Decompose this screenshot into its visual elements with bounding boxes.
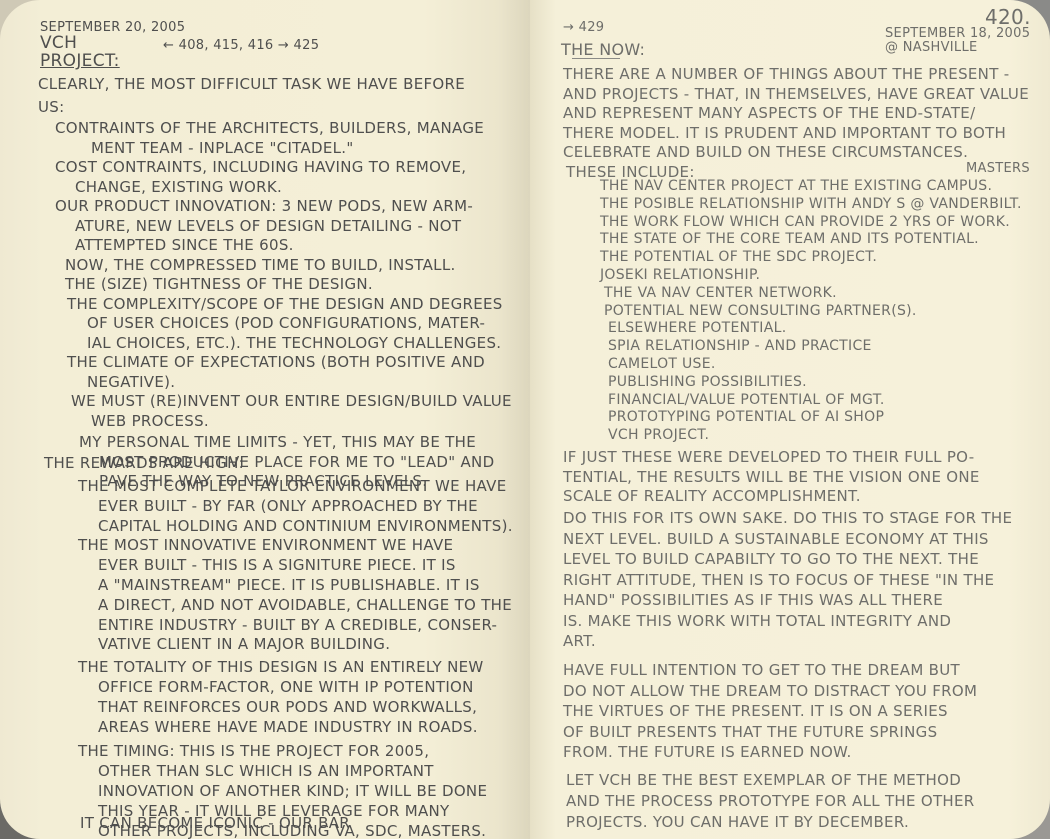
challenge-item: THE COMPLEXITY/SCOPE OF THE DESIGN AND D… xyxy=(67,295,512,354)
challenge-item: THE CLIMATE OF EXPECTATIONS (BOTH POSITI… xyxy=(67,353,512,392)
rewards-heading: THE REWARDS ARE HIGH: xyxy=(44,452,244,475)
paragraph-dream: HAVE FULL INTENTION TO GET TO THE DREAM … xyxy=(563,660,977,763)
notebook-spread: SEPTEMBER 20, 2005 VCH ← 408, 415, 416 →… xyxy=(0,0,1050,839)
cross-reference: → 429 xyxy=(563,20,604,35)
challenge-item: CONTRAINTS OF THE ARCHITECTS, BUILDERS, … xyxy=(55,119,512,158)
these-include-list: THE NAV CENTER PROJECT AT THE EXISTING C… xyxy=(600,178,1022,445)
list-item: PROTOTYPING POTENTIAL OF AI SHOP xyxy=(600,409,1022,427)
left-page: SEPTEMBER 20, 2005 VCH ← 408, 415, 416 →… xyxy=(0,0,530,839)
paragraph-full-potential: IF JUST THESE WERE DEVELOPED TO THEIR FU… xyxy=(563,448,980,507)
reward-item: THE MOST INNOVATIVE ENVIRONMENT WE HAVE … xyxy=(78,536,513,655)
insert-note: MASTERS xyxy=(966,161,1030,176)
rewards-list: THE MOST COMPLETE TAYLOR ENVIRONMENT WE … xyxy=(78,477,513,839)
list-item: THE WORK FLOW WHICH CAN PROVIDE 2 YRS OF… xyxy=(600,214,1022,232)
list-item: PUBLISHING POSSIBILITIES. xyxy=(600,374,1022,392)
list-item: ELSEWHERE POTENTIAL. xyxy=(600,320,1022,338)
paragraph-do-this: DO THIS FOR ITS OWN SAKE. DO THIS TO STA… xyxy=(563,508,1012,652)
list-item: THE POTENTIAL OF THE SDC PROJECT. xyxy=(600,249,1022,267)
list-item: THE NAV CENTER PROJECT AT THE EXISTING C… xyxy=(600,178,1022,196)
list-item: SPIA RELATIONSHIP - AND PRACTICE xyxy=(600,338,1022,356)
intro-text: CLEARLY, THE MOST DIFFICULT TASK WE HAVE… xyxy=(38,73,465,119)
project-label: PROJECT: xyxy=(40,50,120,73)
list-item: JOSEKI RELATIONSHIP. xyxy=(600,267,1022,285)
heading-underline xyxy=(572,58,620,59)
challenge-item: NOW, THE COMPRESSED TIME TO BUILD, INSTA… xyxy=(65,256,512,276)
final-line: IT CAN BECOME ICONIC - OUR BAR xyxy=(80,812,350,835)
list-item: CAMELOT USE. xyxy=(600,356,1022,374)
list-item: THE STATE OF THE CORE TEAM AND ITS POTEN… xyxy=(600,231,1022,249)
list-item: FINANCIAL/VALUE POTENTIAL OF MGT. xyxy=(600,392,1022,410)
challenge-item: THE (SIZE) TIGHTNESS OF THE DESIGN. xyxy=(65,275,512,295)
list-item: THE VA NAV CENTER NETWORK. xyxy=(600,285,1022,303)
challenge-item: OUR PRODUCT INNOVATION: 3 NEW PODS, NEW … xyxy=(55,197,512,256)
reward-item: THE TOTALITY OF THIS DESIGN IS AN ENTIRE… xyxy=(78,658,513,737)
right-page: 420. → 429 SEPTEMBER 18, 2005 @ NASHVILL… xyxy=(530,0,1050,839)
challenges-list: CONTRAINTS OF THE ARCHITECTS, BUILDERS, … xyxy=(55,119,512,492)
location: @ NASHVILLE xyxy=(885,40,978,55)
list-item: POTENTIAL NEW CONSULTING PARTNER(S). xyxy=(600,303,1022,321)
challenge-item: COST CONTRAINTS, INCLUDING HAVING TO REM… xyxy=(55,158,512,197)
cross-references: ← 408, 415, 416 → 425 xyxy=(163,38,319,53)
intro-paragraph: THERE ARE A NUMBER OF THINGS ABOUT THE P… xyxy=(563,65,1029,182)
list-item: THE POSIBLE RELATIONSHIP WITH ANDY S @ V… xyxy=(600,196,1022,214)
right-page-date: SEPTEMBER 18, 2005 xyxy=(885,26,1030,41)
list-item: VCH PROJECT. xyxy=(600,427,1022,445)
paragraph-let-vch: LET VCH BE THE BEST EXEMPLAR OF THE METH… xyxy=(566,770,975,833)
challenge-item: WE MUST (RE)INVENT OUR ENTIRE DESIGN/BUI… xyxy=(71,392,512,431)
reward-item: THE MOST COMPLETE TAYLOR ENVIRONMENT WE … xyxy=(78,477,513,536)
